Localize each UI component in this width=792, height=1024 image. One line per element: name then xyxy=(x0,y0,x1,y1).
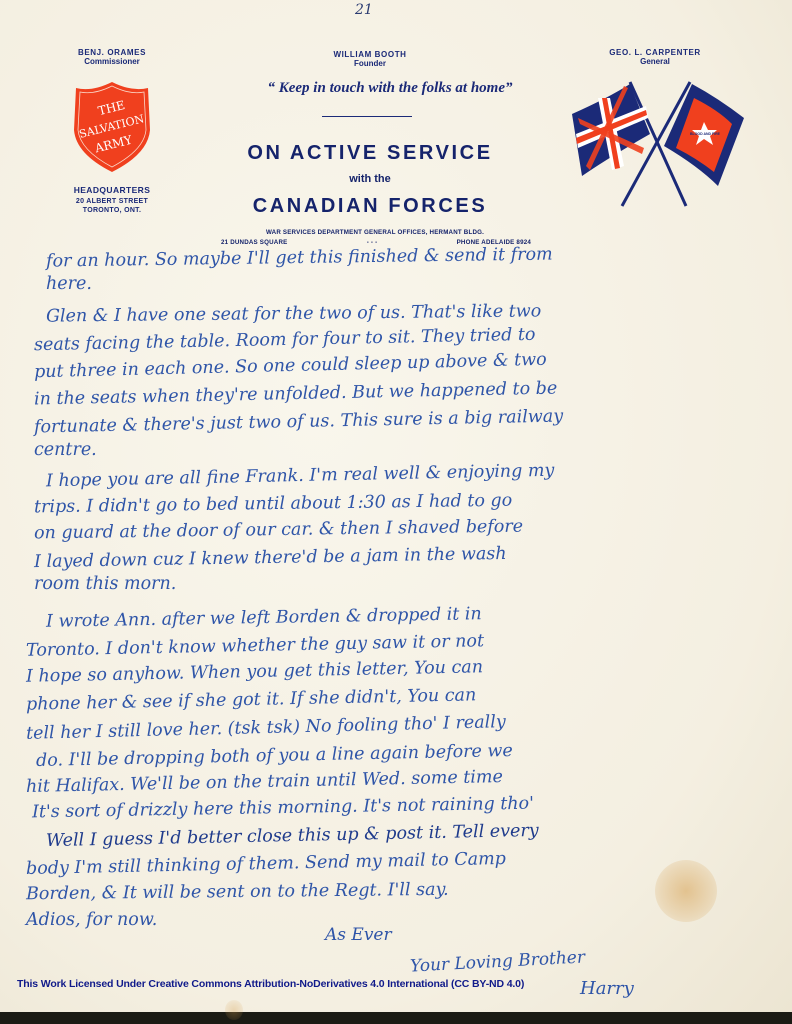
left-officer-role: Commissioner xyxy=(60,57,164,66)
letter-line: centre. xyxy=(34,440,97,460)
letter-signature: Harry xyxy=(580,978,634,999)
coffee-stain xyxy=(655,860,717,922)
letter-line: Adios, for now. xyxy=(26,910,157,930)
page-mark: 21 xyxy=(355,2,373,18)
letter-line: room this morn. xyxy=(34,574,176,594)
letter-line: here. xyxy=(46,274,92,294)
svg-text:BLOOD AND FIRE: BLOOD AND FIRE xyxy=(690,132,721,136)
salvation-army-shield-logo: THE SALVATION ARMY xyxy=(72,80,152,174)
address-line-1: WAR SERVICES DEPARTMENT GENERAL OFFICES,… xyxy=(220,229,530,236)
hq-label: HEADQUARTERS xyxy=(60,185,164,195)
hq-street: 20 ALBERT STREET xyxy=(60,198,164,205)
center-officer: WILLIAM BOOTH Founder xyxy=(310,50,430,68)
scan-edge xyxy=(0,1012,792,1024)
address-square: 21 DUNDAS SQUARE xyxy=(221,239,287,246)
left-officer-name: BENJ. ORAMES xyxy=(60,48,164,57)
title-canadian-forces: CANADIAN FORCES xyxy=(200,195,540,218)
slogan: “ Keep in touch with the folks at home” xyxy=(220,80,560,97)
license-notice: This Work Licensed Under Creative Common… xyxy=(17,978,524,990)
slogan-divider xyxy=(322,116,412,117)
center-officer-role: Founder xyxy=(310,59,430,68)
address-separator: - - - xyxy=(367,239,378,246)
crossed-flags-icon: BLOOD AND FIRE xyxy=(568,78,748,210)
title-with-the: with the xyxy=(200,173,540,185)
left-officer: BENJ. ORAMES Commissioner xyxy=(60,48,164,66)
stain-small xyxy=(225,1000,243,1020)
center-officer-name: WILLIAM BOOTH xyxy=(310,50,430,59)
hq-city: TORONTO, ONT. xyxy=(60,207,164,214)
headquarters-address: HEADQUARTERS 20 ALBERT STREET TORONTO, O… xyxy=(60,185,164,216)
salvation-army-flag: BLOOD AND FIRE xyxy=(664,84,744,186)
right-officer: GEO. L. CARPENTER General xyxy=(590,48,720,66)
letter-closing: As Ever xyxy=(325,925,392,945)
right-officer-name: GEO. L. CARPENTER xyxy=(590,48,720,57)
title-on-active-service: ON ACTIVE SERVICE xyxy=(200,142,540,165)
right-officer-role: General xyxy=(590,57,720,66)
